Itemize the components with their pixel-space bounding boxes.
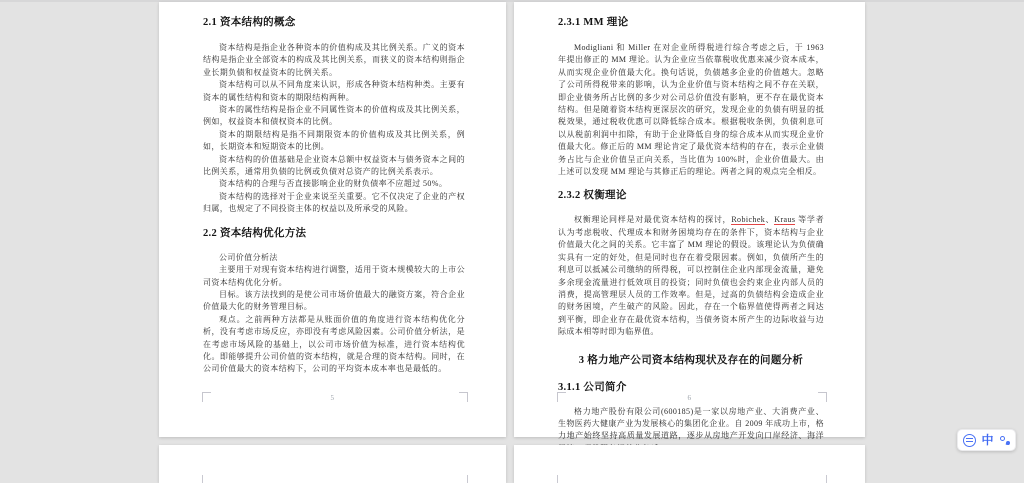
paragraph[interactable]: 权衡理论同样是对最优资本结构的探讨，Robichek、Kraus 等学者认为考虑… [558, 214, 824, 338]
paragraph[interactable]: 资本结构的价值基础是企业资本总额中权益资本与债务资本之间的比例关系，通常用负债的… [203, 154, 465, 179]
paragraph[interactable]: 资本结构的选择对于企业来说至关重要。它不仅决定了企业的产权归属，也规定了不同投资… [203, 191, 465, 216]
translator-widget[interactable]: 中 [957, 429, 1016, 451]
paragraph[interactable]: 资本的属性结构是指企业不同属性资本的价值构成及其比例关系，例如，权益资本和债权资… [203, 104, 465, 129]
canvas-top-edge [0, 0, 1024, 2]
paragraph[interactable]: Modigliani 和 Miller 在对企业所得税进行综合考虑之后，于 19… [558, 42, 824, 178]
margin-corner-mark [557, 475, 558, 483]
margin-corner-mark [467, 475, 468, 483]
page-number: 5 [159, 394, 506, 402]
paragraph[interactable]: 公司价值分析法 [203, 252, 465, 264]
section-heading[interactable]: 2.1 资本结构的概念 [203, 14, 465, 29]
paragraph[interactable]: 资本结构可以从不同角度来认识，形成各种资本结构种类。主要有资本的属性结构和资本的… [203, 79, 465, 104]
page-text-area[interactable]: 2.1 资本结构的概念资本结构是指企业各种资本的价值构成及其比例关系。广义的资本… [203, 2, 465, 376]
text-run: 权衡理论同样是对最优资本结构的探讨， [574, 215, 731, 224]
paragraph[interactable]: 资本结构是指企业各种资本的价值构成及其比例关系。广义的资本结构是指企业全部资本的… [203, 42, 465, 79]
text-run: 等学者认为考虑税收、代理成本和财务困境均存在的条件下，资本结构与企业价值最大化之… [558, 215, 824, 336]
document-page-next-right[interactable] [514, 445, 865, 483]
speech-dots-icon[interactable] [999, 434, 1010, 446]
document-page-next-left[interactable] [159, 445, 506, 483]
margin-corner-mark [826, 475, 827, 483]
paragraph[interactable]: 主要用于对现有资本结构进行调整，适用于资本规模较大的上市公司资本结构优化分析。 [203, 264, 465, 289]
section-heading[interactable]: 2.3.2 权衡理论 [558, 187, 824, 202]
document-page-6[interactable]: 2.3.1 MM 理论Modigliani 和 Miller 在对企业所得税进行… [514, 2, 865, 437]
page-text-area[interactable]: 2.3.1 MM 理论Modigliani 和 Miller 在对企业所得税进行… [558, 2, 824, 455]
page-number: 6 [514, 394, 865, 402]
spellcheck-word: Kraus [774, 215, 795, 225]
chinese-language-icon[interactable]: 中 [981, 434, 993, 446]
paragraph[interactable]: 目标。该方法找到的是使公司市场价值最大的融资方案，符合企业价值最大化的财务管理目… [203, 289, 465, 314]
spellcheck-word: Robichek [731, 215, 765, 225]
paragraph[interactable]: 资本结构的合理与否直接影响企业的财负债率不应超过 50%。 [203, 178, 465, 190]
section-heading[interactable]: 2.2 资本结构优化方法 [203, 225, 465, 240]
paragraph[interactable]: 资本的期限结构是指不同期限资本的价值构成及其比例关系，例如，长期资本和短期资本的… [203, 129, 465, 154]
paragraph[interactable]: 观点。之前两种方法都是从账面价值的角度进行资本结构优化分析，没有考虑市场反应，亦… [203, 314, 465, 376]
document-page-5[interactable]: 2.1 资本结构的概念资本结构是指企业各种资本的价值构成及其比例关系。广义的资本… [159, 2, 506, 437]
margin-corner-mark [202, 475, 203, 483]
text-run: 、 [765, 215, 774, 224]
section-heading[interactable]: 3.1.1 公司简介 [558, 379, 824, 394]
section-heading[interactable]: 2.3.1 MM 理论 [558, 14, 824, 29]
section-heading[interactable]: 3 格力地产公司资本结构现状及存在的问题分析 [558, 352, 824, 367]
translator-logo-icon[interactable] [963, 434, 976, 447]
